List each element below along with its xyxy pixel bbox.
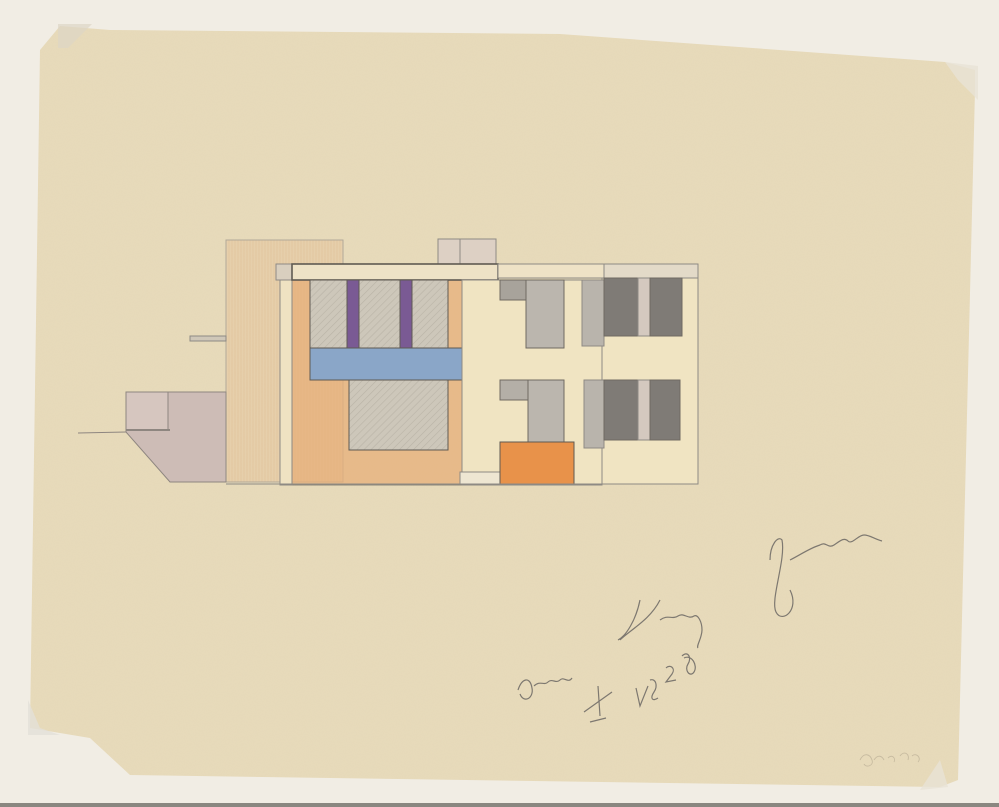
stair-window-lower <box>528 380 564 442</box>
right-upper-window-1 <box>604 278 638 336</box>
right-upper-window-2 <box>650 278 682 336</box>
tower-ledge <box>190 336 226 341</box>
purple-mullion-1 <box>347 280 359 348</box>
chimney <box>438 239 496 264</box>
stair-window-upper <box>526 280 564 348</box>
drawing-canvas <box>0 0 999 807</box>
right-lower-window-2 <box>650 380 680 440</box>
roof-beam-mid <box>498 264 604 278</box>
roof-beam <box>292 264 498 280</box>
roof-beam-right <box>604 264 698 278</box>
upper-window <box>310 280 448 348</box>
lower-window <box>349 380 448 450</box>
purple-mullion-2 <box>400 280 412 348</box>
right-lower-window-1 <box>604 380 638 440</box>
orange-door-block <box>500 442 574 484</box>
annex-door <box>126 392 168 430</box>
